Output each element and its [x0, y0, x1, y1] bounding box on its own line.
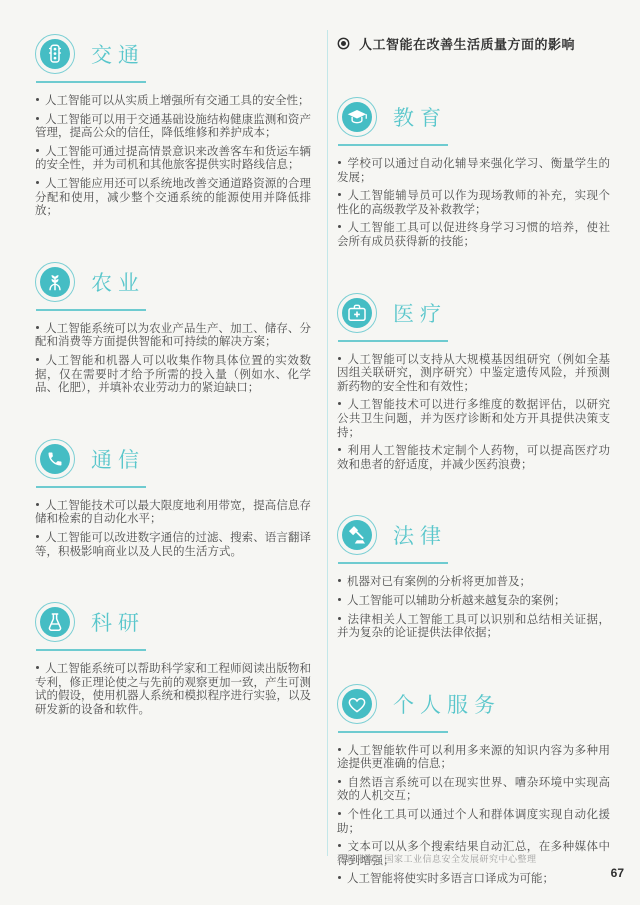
source-note: 资料来源：国家工业信息安全发展研究中心整理	[337, 852, 537, 865]
title-underline	[36, 81, 146, 83]
section-title: 通信	[91, 444, 145, 474]
bullet-item: 人工智能辅导员可以作为现场教师的补充，实现个性化的高级教学及补救教学；	[337, 190, 610, 217]
bullet-list: 人工智能系统可以帮助科学家和工程师阅读出版物和专利，修正理论使之与先前的观察更加…	[35, 663, 311, 717]
bullet-item: 自然语言系统可以在现实世界、嘈杂环境中实现高效的人机交互；	[337, 777, 610, 804]
phone-icon	[35, 439, 75, 479]
section-agriculture: 农业 人工智能系统可以为农业产品生产、加工、储存、分配和消费等方面提供智能和可持…	[35, 261, 311, 396]
bullet-item: 利用人工智能技术定制个人药物，可以提高医疗功效和患者的舒适度，并减少医药浪费；	[337, 445, 610, 472]
bullet-item: 学校可以通过自动化辅导来强化学习、衡量学生的发展；	[337, 158, 610, 185]
bullet-item: 人工智能可以支持从大规模基因组研究（例如全基因组关联研究，测序研究）中鉴定遗传风…	[337, 354, 610, 395]
bullet-item: 人工智能技术可以最大限度地利用带宽，提高信息存储和检索的自动化水平；	[35, 500, 311, 527]
title-underline	[338, 562, 448, 564]
bullet-item: 人工智能工具可以促进终身学习习惯的培养，使社会所有成员获得新的技能；	[337, 222, 610, 249]
section-title: 交通	[91, 39, 145, 69]
section-header: 科研	[35, 601, 311, 643]
section-transportation: 交通 人工智能可以从实质上增强所有交通工具的安全性；人工智能可以用于交通基础设施…	[35, 33, 311, 219]
bullet-item: 人工智能可以用于交通基础设施结构健康监测和资产管理，提高公众的信任，降低维修和养…	[35, 114, 311, 141]
column-divider	[327, 30, 328, 856]
section-title: 农业	[91, 267, 145, 297]
bullet-item: 法律相关人工智能工具可以识别和总结相关证据，并为复杂的论证提供法律依据；	[337, 614, 610, 641]
bullet-item: 个性化工具可以通过个人和群体调度实现自动化援助；	[337, 809, 610, 836]
section-header: 医疗	[337, 292, 610, 334]
bullet-list: 人工智能技术可以最大限度地利用带宽，提高信息存储和检索的自动化水平；人工智能可以…	[35, 500, 311, 559]
bullet-item: 人工智能将使实时多语言口译成为可能；	[337, 873, 610, 887]
section-title: 教育	[393, 102, 447, 132]
bullet-item: 机器对已有案例的分析将更加普及；	[337, 576, 610, 590]
title-underline	[338, 731, 448, 733]
wheat-icon	[35, 262, 75, 302]
section-healthcare: 医疗 人工智能可以支持从大规模基因组研究（例如全基因组关联研究，测序研究）中鉴定…	[337, 292, 610, 473]
section-header: 交通	[35, 33, 311, 75]
bullet-item: 人工智能可以辅助分析越来越复杂的案例；	[337, 595, 610, 609]
title-underline	[36, 309, 146, 311]
bullet-list: 人工智能软件可以利用多来源的知识内容为多种用途提供更准确的信息；自然语言系统可以…	[337, 745, 610, 887]
bullet-item: 人工智能和机器人可以收集作物具体位置的实效数据，仅在需要时才给予所需的投入量（例…	[35, 355, 311, 396]
section-research: 科研 人工智能系统可以帮助科学家和工程师阅读出版物和专利，修正理论使之与先前的观…	[35, 601, 311, 717]
title-underline	[338, 144, 448, 146]
section-header: 教育	[337, 96, 610, 138]
section-title: 科研	[91, 607, 145, 637]
bullet-item: 人工智能可通过提高情景意识来改善客车和货运车辆的安全性，并为司机和其他旅客提供实…	[35, 146, 311, 173]
first-aid-kit-icon	[337, 293, 377, 333]
group-header-title: 人工智能在改善生活质量方面的影响	[359, 34, 575, 53]
bullet-list: 人工智能系统可以为农业产品生产、加工、储存、分配和消费等方面提供智能和可持续的解…	[35, 323, 311, 396]
bullet-item: 人工智能软件可以利用多来源的知识内容为多种用途提供更准确的信息；	[337, 745, 610, 772]
section-education: 教育 学校可以通过自动化辅导来强化学习、衡量学生的发展；人工智能辅导员可以作为现…	[337, 96, 610, 250]
section-group-header: 人工智能在改善生活质量方面的影响	[337, 35, 610, 51]
section-header: 个人服务	[337, 683, 610, 725]
bullet-item: 人工智能技术可以进行多维度的数据评估，以研究公共卫生问题，并为医疗诊断和处方开具…	[337, 399, 610, 440]
bullet-item: 人工智能系统可以为农业产品生产、加工、储存、分配和消费等方面提供智能和可持续的解…	[35, 323, 311, 350]
section-title: 法律	[393, 520, 447, 550]
gavel-icon	[337, 515, 377, 555]
section-header: 法律	[337, 514, 610, 556]
title-underline	[338, 340, 448, 342]
page-number: 67	[611, 866, 624, 880]
bullet-list: 学校可以通过自动化辅导来强化学习、衡量学生的发展；人工智能辅导员可以作为现场教师…	[337, 158, 610, 250]
right-column-sections: 教育 学校可以通过自动化辅导来强化学习、衡量学生的发展；人工智能辅导员可以作为现…	[337, 96, 610, 887]
bullet-item: 人工智能系统可以帮助科学家和工程师阅读出版物和专利，修正理论使之与先前的观察更加…	[35, 663, 311, 717]
bullet-item: 人工智能可以改进数字通信的过滤、搜索、语言翻译等，积极影响商业以及人民的生活方式…	[35, 532, 311, 559]
flask-icon	[35, 602, 75, 642]
right-column: 人工智能在改善生活质量方面的影响 教育 学校可以通过自动化辅导来强化学习、衡量学…	[337, 33, 610, 892]
bullet-item: 人工智能应用还可以系统地改善交通道路资源的合理分配和使用，减少整个交通系统的能源…	[35, 178, 311, 219]
section-header: 通信	[35, 438, 311, 480]
section-law: 法律 机器对已有案例的分析将更加普及；人工智能可以辅助分析越来越复杂的案例；法律…	[337, 514, 610, 640]
section-title: 个人服务	[393, 689, 501, 719]
traffic-light-icon	[35, 34, 75, 74]
title-underline	[36, 649, 146, 651]
graduation-cap-icon	[337, 97, 377, 137]
section-communication: 通信 人工智能技术可以最大限度地利用带宽，提高信息存储和检索的自动化水平；人工智…	[35, 438, 311, 559]
title-underline	[36, 486, 146, 488]
section-title: 医疗	[393, 298, 447, 328]
heart-icon	[337, 684, 377, 724]
left-column: 交通 人工智能可以从实质上增强所有交通工具的安全性；人工智能可以用于交通基础设施…	[35, 33, 311, 722]
bullet-list: 机器对已有案例的分析将更加普及；人工智能可以辅助分析越来越复杂的案例；法律相关人…	[337, 576, 610, 640]
document-page: 交通 人工智能可以从实质上增强所有交通工具的安全性；人工智能可以用于交通基础设施…	[0, 0, 640, 905]
bullseye-bullet-icon	[341, 41, 346, 46]
section-header: 农业	[35, 261, 311, 303]
bullet-list: 人工智能可以支持从大规模基因组研究（例如全基因组关联研究，测序研究）中鉴定遗传风…	[337, 354, 610, 473]
bullet-item: 人工智能可以从实质上增强所有交通工具的安全性；	[35, 95, 311, 109]
bullet-list: 人工智能可以从实质上增强所有交通工具的安全性；人工智能可以用于交通基础设施结构健…	[35, 95, 311, 219]
